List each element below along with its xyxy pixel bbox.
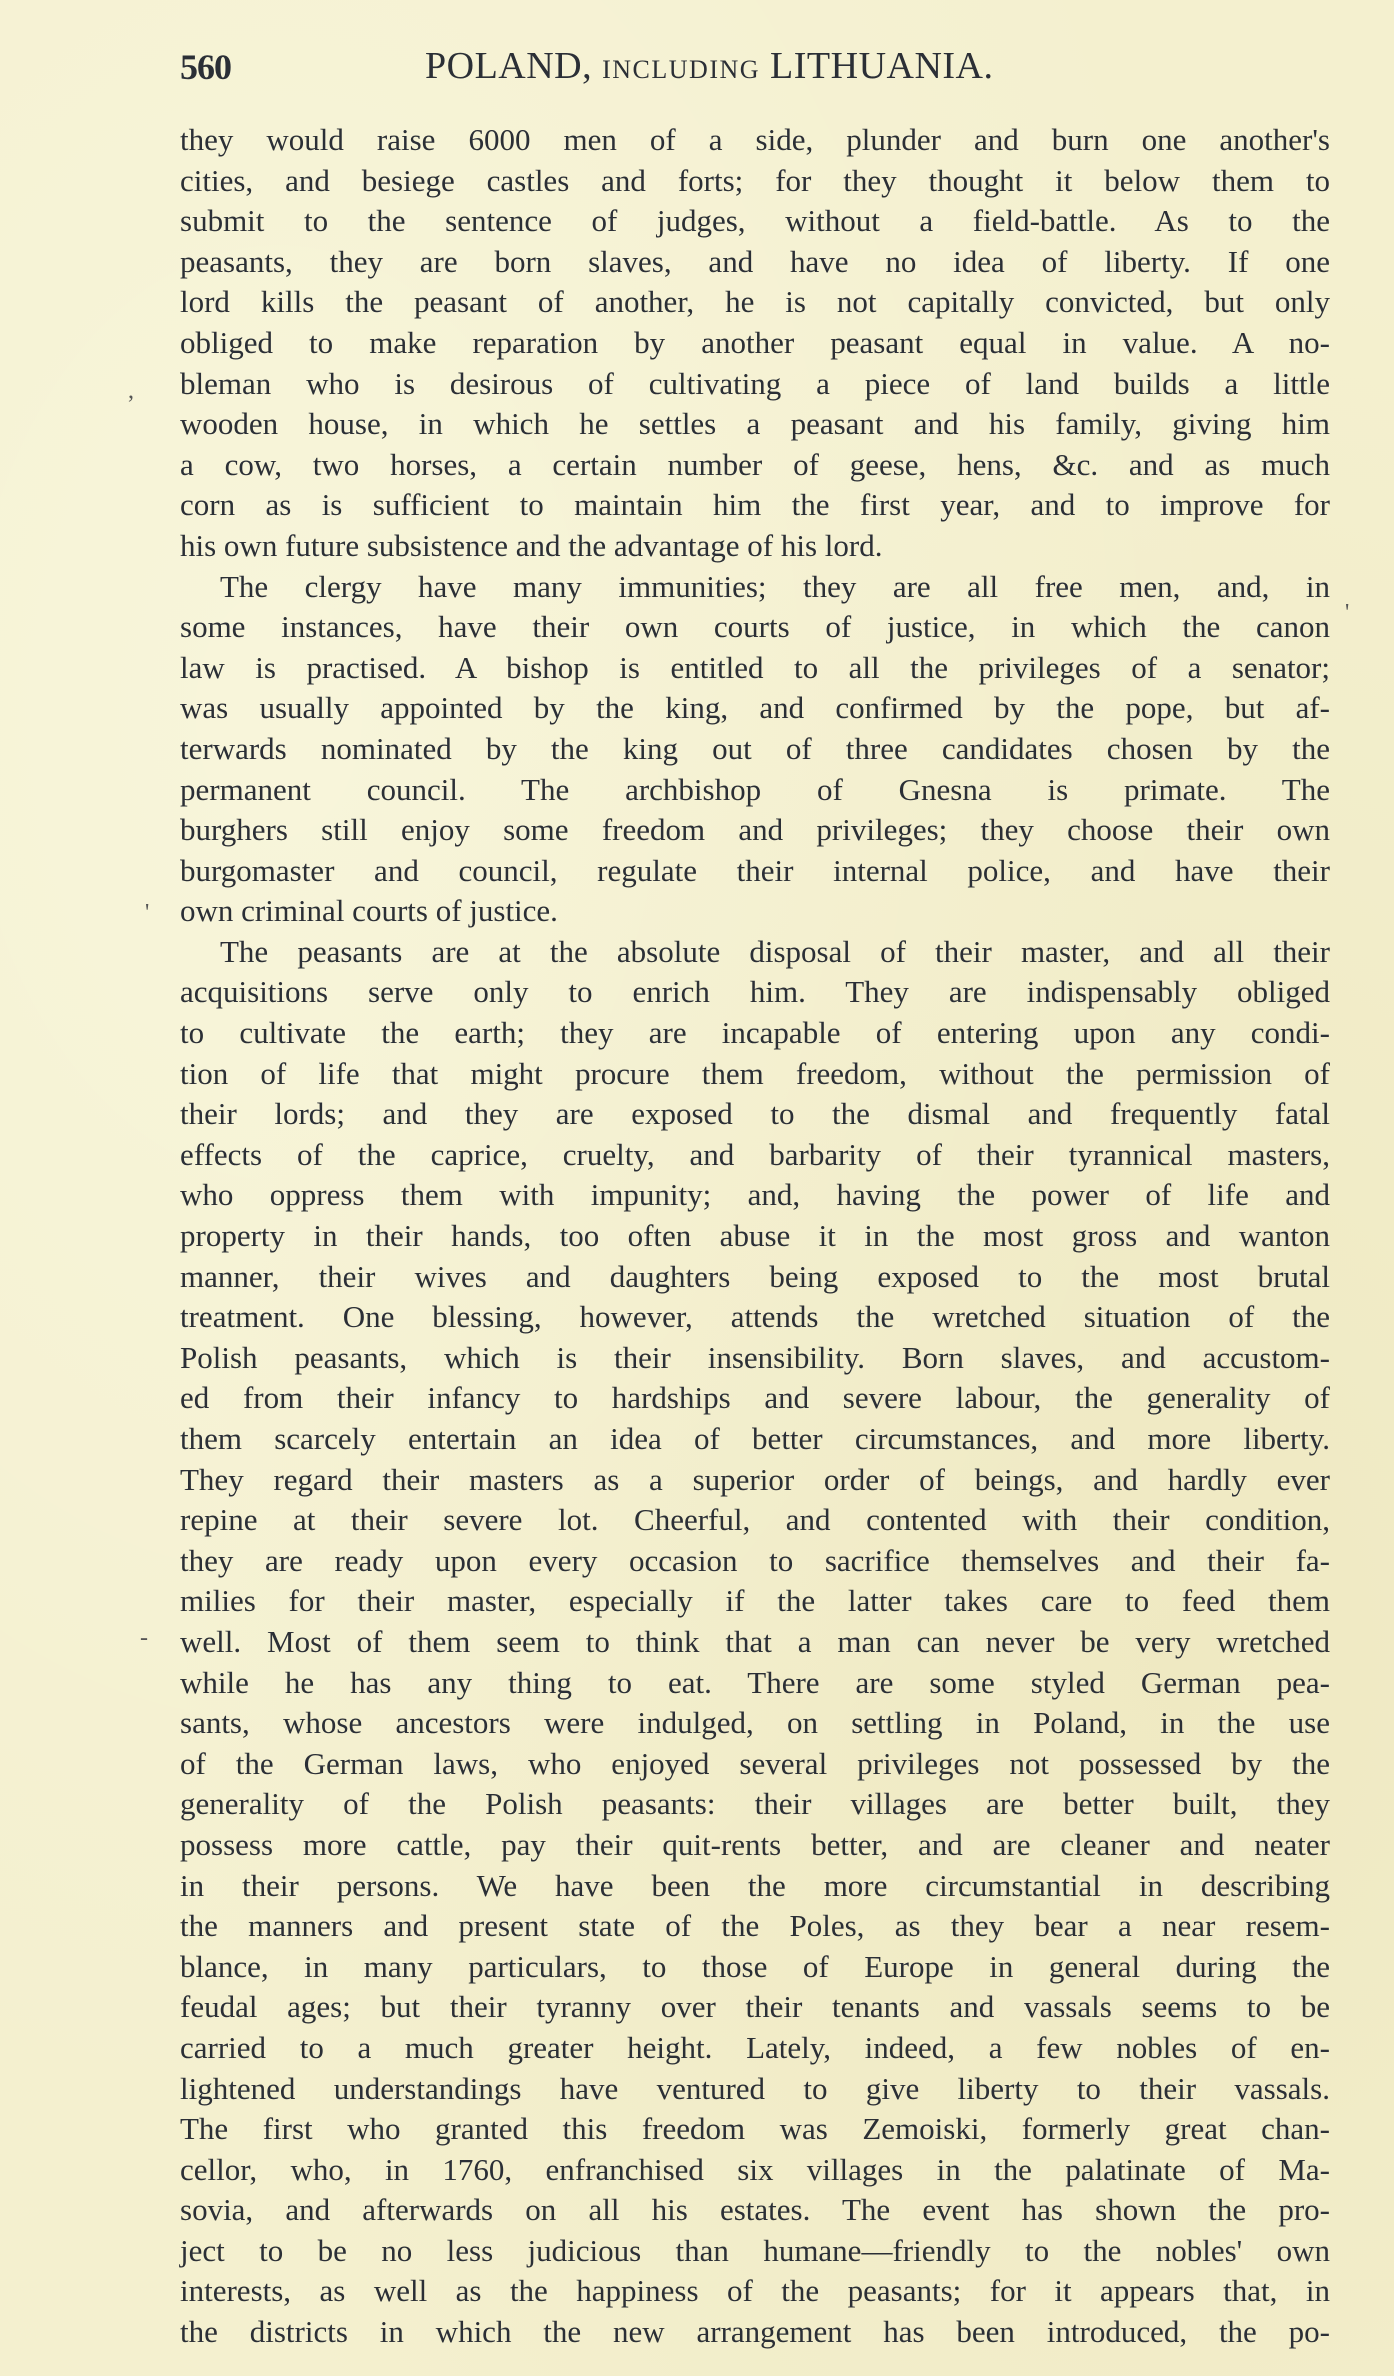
text-line: their lords; and they are exposed to the…: [180, 1094, 1330, 1135]
text-line: terwards nominated by the king out of th…: [180, 729, 1330, 770]
text-line: cities, and besiege castles and forts; f…: [180, 161, 1330, 202]
text-line: possess more cattle, pay their quit-rent…: [180, 1825, 1330, 1866]
paragraph: The peasants are at the absolute disposa…: [180, 932, 1330, 2353]
text-line: they are ready upon every occasion to sa…: [180, 1541, 1330, 1582]
text-line: property in their hands, too often abuse…: [180, 1216, 1330, 1257]
text-line: was usually appointed by the king, and c…: [180, 688, 1330, 729]
text-line: the manners and present state of the Pol…: [180, 1906, 1330, 1947]
page-number: 560: [180, 46, 231, 88]
text-line: sants, whose ancestors were indulged, on…: [180, 1703, 1330, 1744]
text-line: wooden house, in which he settles a peas…: [180, 404, 1330, 445]
text-line: generality of the Polish peasants: their…: [180, 1784, 1330, 1825]
text-line: permanent council. The archbishop of Gne…: [180, 770, 1330, 811]
text-line: them scarcely entertain an idea of bette…: [180, 1419, 1330, 1460]
text-line: The clergy have many immunities; they ar…: [180, 567, 1330, 608]
text-line: his own future subsistence and the advan…: [180, 526, 1330, 567]
text-line: they would raise 6000 men of a side, plu…: [180, 120, 1330, 161]
text-line: tion of life that might procure them fre…: [180, 1054, 1330, 1095]
text-line: cellor, who, in 1760, enfranchised six v…: [180, 2150, 1330, 2191]
title-smallcaps: including: [602, 55, 760, 84]
margin-mark: ,: [128, 378, 134, 405]
text-line: interests, as well as the happiness of t…: [180, 2271, 1330, 2312]
margin-mark: -: [140, 1625, 148, 1652]
text-line: sovia, and afterwards on all his estates…: [180, 2190, 1330, 2231]
book-page: 560 POLAND, including LITHUANIA. they wo…: [0, 0, 1394, 2376]
text-line: bleman who is desirous of cultivating a …: [180, 364, 1330, 405]
text-line: while he has any thing to eat. There are…: [180, 1663, 1330, 1704]
text-line: carried to a much greater height. Lately…: [180, 2028, 1330, 2069]
text-line: in their persons. We have been the more …: [180, 1866, 1330, 1907]
chapter-title: POLAND, including LITHUANIA.: [425, 44, 994, 88]
text-line: They regard their masters as a superior …: [180, 1460, 1330, 1501]
text-line: lord kills the peasant of another, he is…: [180, 282, 1330, 323]
text-line: law is practised. A bishop is entitled t…: [180, 648, 1330, 689]
text-line: burghers still enjoy some freedom and pr…: [180, 810, 1330, 851]
text-line: of the German laws, who enjoyed several …: [180, 1744, 1330, 1785]
text-line: burgomaster and council, regulate their …: [180, 851, 1330, 892]
text-line: acquisitions serve only to enrich him. T…: [180, 972, 1330, 1013]
text-line: The first who granted this freedom was Z…: [180, 2109, 1330, 2150]
text-line: peasants, they are born slaves, and have…: [180, 242, 1330, 283]
text-line: some instances, have their own courts of…: [180, 607, 1330, 648]
paragraph: they would raise 6000 men of a side, plu…: [180, 120, 1330, 567]
paragraph: The clergy have many immunities; they ar…: [180, 567, 1330, 932]
text-line: treatment. One blessing, however, attend…: [180, 1297, 1330, 1338]
body-text: they would raise 6000 men of a side, plu…: [180, 120, 1330, 2353]
text-line: to cultivate the earth; they are incapab…: [180, 1013, 1330, 1054]
text-line: feudal ages; but their tyranny over thei…: [180, 1987, 1330, 2028]
text-line: ject to be no less judicious than humane…: [180, 2231, 1330, 2272]
text-line: repine at their severe lot. Cheerful, an…: [180, 1500, 1330, 1541]
text-line: the districts in which the new arrangeme…: [180, 2312, 1330, 2353]
text-line: Polish peasants, which is their insensib…: [180, 1338, 1330, 1379]
text-line: ed from their infancy to hardships and s…: [180, 1378, 1330, 1419]
text-line: well. Most of them seem to think that a …: [180, 1622, 1330, 1663]
text-line: obliged to make reparation by another pe…: [180, 323, 1330, 364]
margin-mark: ': [1345, 600, 1349, 627]
text-line: milies for their master, especially if t…: [180, 1581, 1330, 1622]
text-line: corn as is sufficient to maintain him th…: [180, 485, 1330, 526]
title-part-1: POLAND,: [425, 45, 592, 87]
text-line: effects of the caprice, cruelty, and bar…: [180, 1135, 1330, 1176]
running-head: 560 POLAND, including LITHUANIA.: [180, 40, 1340, 90]
text-line: own criminal courts of justice.: [180, 891, 1330, 932]
text-line: blance, in many particulars, to those of…: [180, 1947, 1330, 1988]
text-line: manner, their wives and daughters being …: [180, 1257, 1330, 1298]
title-part-2: LITHUANIA.: [770, 45, 993, 87]
text-line: lightened understandings have ventured t…: [180, 2069, 1330, 2110]
text-line: The peasants are at the absolute disposa…: [180, 932, 1330, 973]
text-line: submit to the sentence of judges, withou…: [180, 201, 1330, 242]
margin-mark: ': [145, 900, 149, 927]
text-line: who oppress them with impunity; and, hav…: [180, 1175, 1330, 1216]
text-line: a cow, two horses, a certain number of g…: [180, 445, 1330, 486]
